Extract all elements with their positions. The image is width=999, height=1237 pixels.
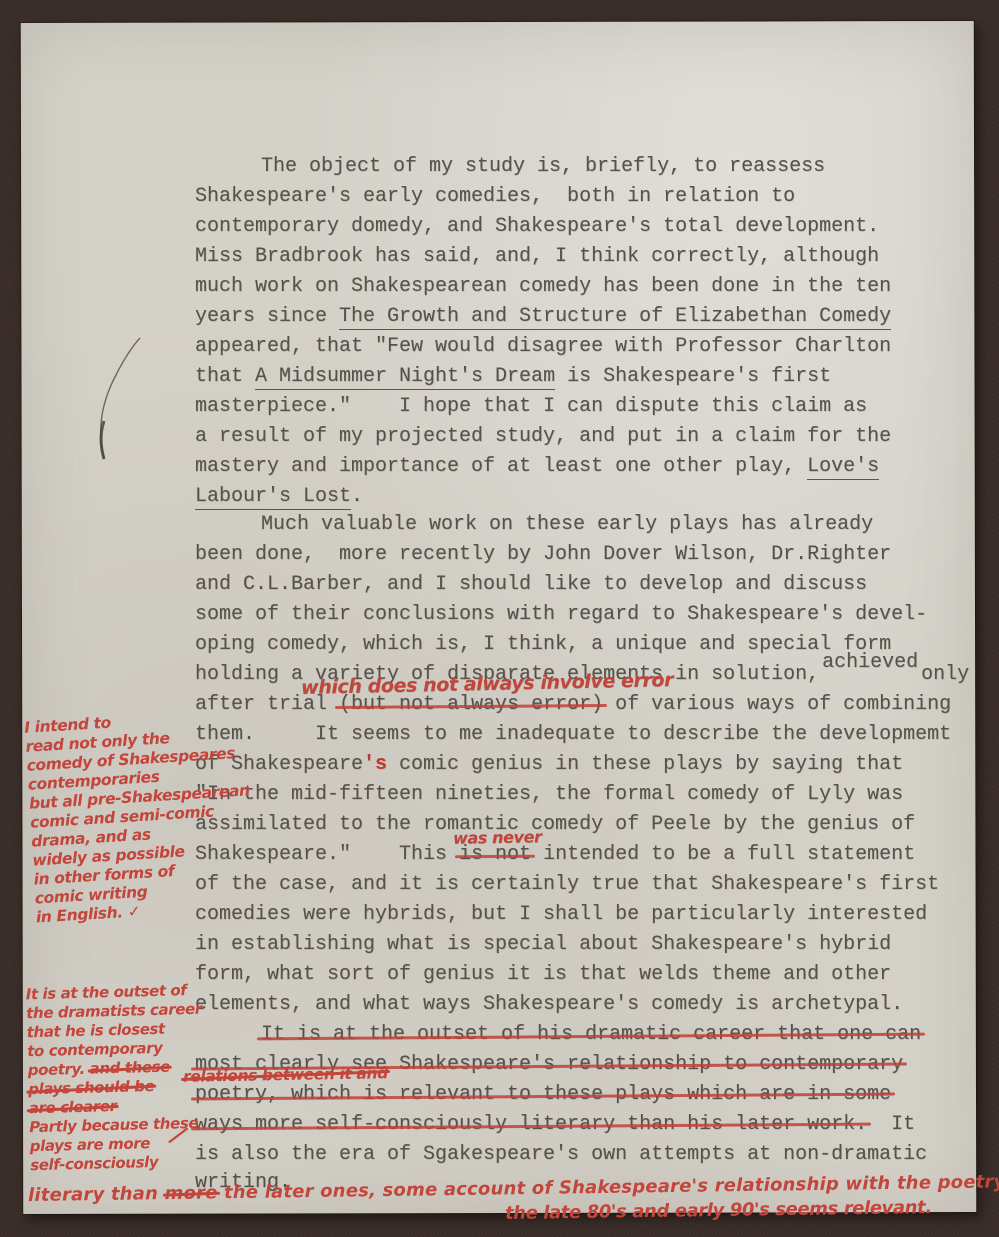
typed-line: comedies were hybrids, but I shall be pa…	[195, 900, 927, 930]
typed-text-segment: them. It seems to me inadequate to descr…	[195, 723, 951, 746]
struck-text: poetry, which is relevant to these plays…	[195, 1083, 891, 1106]
typed-line: Much valuable work on these early plays …	[195, 510, 873, 540]
typed-text-segment: It	[867, 1113, 915, 1136]
typed-text-segment: The object of my study is, briefly, to r…	[261, 155, 825, 178]
typed-line: of Shakespeare's comic genius in these p…	[195, 750, 903, 780]
typed-line: Miss Bradbrook has said, and, I think co…	[195, 242, 879, 272]
typed-text-segment: assimilated to the romantic comedy of Pe…	[195, 813, 915, 836]
typed-text-segment: that	[195, 365, 255, 388]
struck-text: ways more self-consciously literary than…	[195, 1113, 867, 1136]
typed-line: years since The Growth and Structure of …	[195, 302, 891, 332]
typed-line: much work on Shakespearean comedy has be…	[195, 272, 891, 302]
typed-text-segment: much work on Shakespearean comedy has be…	[195, 275, 891, 298]
typed-line: "In the mid-fifteen nineties, the formal…	[195, 780, 903, 810]
typed-text-segment: Much valuable work on these early plays …	[261, 513, 873, 536]
typed-text-segment: only	[921, 663, 969, 686]
handwritten-struck-words: are clearer	[29, 1097, 117, 1118]
typed-line: been done, more recently by John Dover W…	[195, 540, 891, 570]
underlined-title: A Midsummer Night's Dream	[255, 365, 555, 390]
typed-text-segment: form, what sort of genius it is that wel…	[195, 963, 891, 986]
typed-text-segment: contemporary domedy, and Shakespeare's t…	[195, 215, 879, 238]
typed-text-segment: "In the mid-fifteen nineties, the formal…	[195, 783, 903, 806]
typed-text-segment: comedies were hybrids, but I shall be pa…	[195, 903, 927, 926]
handwritten-words: to contemporary	[27, 1039, 163, 1061]
typed-text-segment: in establishing what is special about Sh…	[195, 933, 891, 956]
typed-text-segment: .	[351, 485, 363, 508]
typed-line: poetry, which is relevant to these plays…	[195, 1080, 891, 1110]
typed-text-segment: achieved	[822, 648, 918, 678]
handwritten-words: plays are more	[30, 1134, 151, 1155]
manuscript-photo: { "document": { "colors": { "red_ink": "…	[0, 0, 999, 1237]
typed-text-segment: of various ways of combining	[603, 693, 951, 716]
handwritten-struck-words: and these	[89, 1058, 170, 1079]
typed-text-segment: of the case, and it is certainly true th…	[195, 873, 939, 896]
typed-line: Shakespeare's early comedies, both in re…	[195, 182, 795, 212]
struck-text: (but not always error)	[339, 693, 603, 716]
struck-text: is not	[459, 843, 531, 866]
margin-note-rewrite: It is at the outset ofthe dramatists car…	[26, 981, 206, 1176]
handwritten-words: the dramatists career	[26, 1000, 202, 1023]
typed-text-segment: is also the era of Sgakespeare's own att…	[195, 1143, 927, 1166]
typed-line: a result of my projected study, and put …	[195, 422, 891, 452]
red-insertion-struck: relations between it and	[183, 1064, 388, 1086]
typed-text-segment: and C.L.Barber, and I should like to dev…	[195, 573, 867, 596]
typed-line: elements, and what ways Shakespeare's co…	[195, 990, 903, 1020]
underlined-title: Love's	[807, 455, 879, 480]
typed-line: ways more self-consciously literary than…	[195, 1110, 915, 1140]
typed-line: Labour's Lost.	[195, 482, 363, 512]
handwritten-line: relations between it and	[183, 1064, 388, 1086]
typed-line: and C.L.Barber, and I should like to dev…	[195, 570, 867, 600]
handwritten-words: self-consciously	[30, 1153, 158, 1174]
typed-line: assimilated to the romantic comedy of Pe…	[195, 810, 915, 840]
handwritten-words: literary than	[28, 1183, 165, 1206]
underlined-title: Labour's Lost	[195, 485, 351, 510]
typed-text-segment: some of their conclusions with regard to…	[195, 603, 927, 626]
typed-text-segment: elements, and what ways Shakespeare's co…	[195, 993, 903, 1016]
typed-line: them. It seems to me inadequate to descr…	[195, 720, 951, 750]
typed-line: after trial which does not always involv…	[195, 690, 951, 720]
typed-text-segment: Miss Bradbrook has said, and, I think co…	[195, 245, 879, 268]
typed-line: The object of my study is, briefly, to r…	[195, 152, 825, 182]
typed-line: form, what sort of genius it is that wel…	[195, 960, 891, 990]
typed-text-segment: oping comedy, which is, I think, a uniqu…	[195, 633, 891, 656]
handwritten-struck-words: relations between it and	[183, 1064, 388, 1086]
typed-text-segment: intended to be a full statement	[531, 843, 915, 866]
typed-line: is also the era of Sgakespeare's own att…	[195, 1140, 927, 1170]
handwritten-struck-words: plays should be	[28, 1077, 155, 1099]
typed-line: that A Midsummer Night's Dream is Shakes…	[195, 362, 831, 392]
typed-line: It is at the outset of his dramatic care…	[195, 1020, 921, 1050]
typed-line: appeared, that "Few would disagree with …	[195, 332, 891, 362]
handwritten-words: that he is closest	[27, 1020, 166, 1042]
typed-line: oping comedy, which is, I think, a uniqu…	[195, 630, 891, 660]
typed-text-segment: mastery and importance of at least one o…	[195, 455, 807, 478]
typed-text-segment: comic genius in these plays by saying th…	[387, 753, 903, 776]
margin-note-reading-plan: I intend toread not only thecomedy of Sh…	[24, 705, 257, 927]
typed-line: some of their conclusions with regard to…	[195, 600, 927, 630]
handwritten-words: poetry.	[28, 1060, 90, 1080]
typed-text-segment: a result of my projected study, and put …	[195, 425, 891, 448]
typed-text-segment: years since	[195, 305, 339, 328]
typed-line: mastery and importance of at least one o…	[195, 452, 879, 482]
typed-line: contemporary domedy, and Shakespeare's t…	[195, 212, 879, 242]
handwritten-struck-words: more	[164, 1182, 217, 1204]
struck-text: It is at the outset of his dramatic care…	[261, 1023, 921, 1046]
typed-text-segment: is Shakespeare's first	[555, 365, 831, 388]
underlined-title: The Growth and Structure of Elizabethan …	[339, 305, 891, 330]
typed-line: in establishing what is special about Sh…	[195, 930, 891, 960]
typed-line: masterpiece." I hope that I can dispute …	[195, 392, 867, 422]
typed-text-segment: 's	[363, 753, 387, 776]
typed-text-segment: appeared, that "Few would disagree with …	[195, 335, 891, 358]
typed-line: of the case, and it is certainly true th…	[195, 870, 939, 900]
typed-text-segment: masterpiece." I hope that I can dispute …	[195, 395, 867, 418]
typed-text-segment: Shakespeare's early comedies, both in re…	[195, 185, 795, 208]
typed-line: Shakespeare." This was neveris not inten…	[195, 840, 915, 870]
typed-text-segment: been done, more recently by John Dover W…	[195, 543, 891, 566]
